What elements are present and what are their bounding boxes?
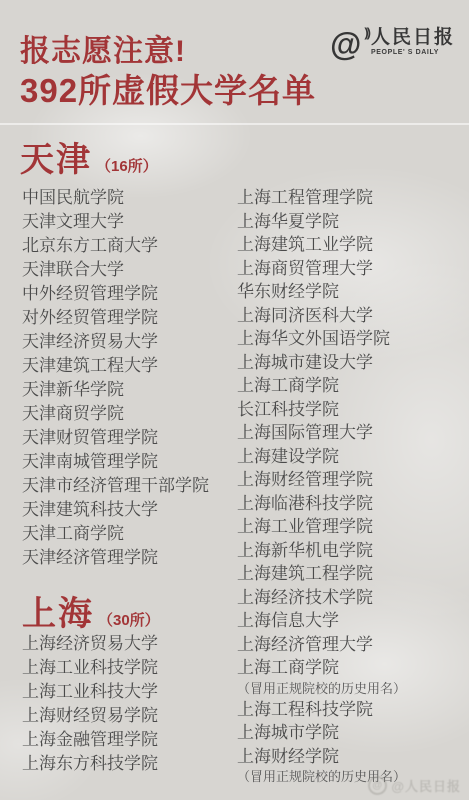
university-item: 上海工业科技大学 xyxy=(22,680,234,704)
university-item: 上海商贸管理大学 xyxy=(237,257,465,281)
university-item: 天津经济贸易大学 xyxy=(22,330,234,354)
sound-waves-icon: )) xyxy=(364,25,369,40)
university-item: 北京东方工商大学 xyxy=(22,234,234,258)
section-count: （16所） xyxy=(96,155,158,176)
university-item: 天津建筑工程大学 xyxy=(22,354,234,378)
university-item: 天津财贸管理学院 xyxy=(22,426,234,450)
university-item: 上海城市学院 xyxy=(237,721,465,745)
university-item: 天津新华学院 xyxy=(22,378,234,402)
university-item: 上海经济贸易大学 xyxy=(22,632,234,656)
at-icon: @ xyxy=(330,28,361,60)
university-item: 上海金融管理学院 xyxy=(22,728,234,752)
university-item: 天津联合大学 xyxy=(22,258,234,282)
title-line-2: 392所虚假大学名单 xyxy=(20,71,316,111)
university-item: 上海城市建设大学 xyxy=(237,351,465,375)
header-divider xyxy=(0,123,469,125)
university-item: 上海建筑工程学院 xyxy=(237,562,465,586)
university-item: 上海财经管理学院 xyxy=(237,468,465,492)
logo-name-en: PEOPLE' S DAILY xyxy=(371,49,455,56)
university-item: 上海国际管理大学 xyxy=(237,421,465,445)
university-item: 上海工业管理学院 xyxy=(237,515,465,539)
university-item: 天津商贸学院 xyxy=(22,402,234,426)
university-item: 上海工程科技学院 xyxy=(237,698,465,722)
university-item: 上海信息大学 xyxy=(237,609,465,633)
section-header-tianjin: 天津 （16所） xyxy=(20,132,158,181)
university-item: 上海财经学院 xyxy=(237,745,465,769)
infographic-poster: 报志愿注意! 392所虚假大学名单 @ )) 人民日报 PEOPLE' S DA… xyxy=(0,0,469,800)
watermark-at-icon: @ xyxy=(368,776,387,795)
logo-names: 人民日报 PEOPLE' S DAILY xyxy=(371,28,455,56)
university-item: 中国民航学院 xyxy=(22,186,234,210)
university-item: 华东财经学院 xyxy=(237,280,465,304)
page-title: 报志愿注意! 392所虚假大学名单 xyxy=(20,34,316,111)
watermark-text: @人民日报 xyxy=(391,776,461,795)
university-item: 上海工商学院 xyxy=(237,656,465,680)
university-item: 上海财经贸易学院 xyxy=(22,704,234,728)
section-name: 上海 xyxy=(22,586,94,635)
university-item: 上海工业科技学院 xyxy=(22,656,234,680)
university-item: 上海建设学院 xyxy=(237,445,465,469)
left-column: 中国民航学院 天津文理大学 北京东方工商大学 天津联合大学 中外经贸管理学院 对… xyxy=(22,186,234,776)
section-name: 天津 xyxy=(20,132,92,181)
university-item: 对外经贸管理学院 xyxy=(22,306,234,330)
university-item: 天津建筑科技大学 xyxy=(22,498,234,522)
title-line-1: 报志愿注意! xyxy=(20,34,316,71)
university-item: 上海工商学院 xyxy=(237,374,465,398)
section-header-shanghai: 上海 （30所） xyxy=(22,586,234,626)
university-item: 上海工程管理学院 xyxy=(237,186,465,210)
university-item: 长江科技学院 xyxy=(237,398,465,422)
university-item: 上海东方科技学院 xyxy=(22,752,234,776)
section-count: （30所） xyxy=(98,609,160,630)
university-item: 上海华夏学院 xyxy=(237,210,465,234)
university-item: 天津工商学院 xyxy=(22,522,234,546)
university-item: 中外经贸管理学院 xyxy=(22,282,234,306)
university-item: 上海新华机电学院 xyxy=(237,539,465,563)
university-item: 天津南城管理学院 xyxy=(22,450,234,474)
university-item: 上海经济管理大学 xyxy=(237,633,465,657)
peoples-daily-logo: @ )) 人民日报 PEOPLE' S DAILY xyxy=(330,26,455,58)
university-item: 天津文理大学 xyxy=(22,210,234,234)
logo-name-cn: 人民日报 xyxy=(371,28,455,47)
university-item: 上海同济医科大学 xyxy=(237,304,465,328)
right-column: 上海工程管理学院 上海华夏学院 上海建筑工业学院 上海商贸管理大学 华东财经学院… xyxy=(237,186,465,786)
alias-note: （冒用正规院校的历史用名） xyxy=(237,680,465,698)
university-item: 上海华文外国语学院 xyxy=(237,327,465,351)
university-item: 上海建筑工业学院 xyxy=(237,233,465,257)
weibo-watermark: @ @人民日报 xyxy=(368,776,461,795)
university-item: 上海临港科技学院 xyxy=(237,492,465,516)
university-item: 上海经济技术学院 xyxy=(237,586,465,610)
university-item: 天津经济管理学院 xyxy=(22,546,234,570)
university-item: 天津市经济管理干部学院 xyxy=(22,474,234,498)
